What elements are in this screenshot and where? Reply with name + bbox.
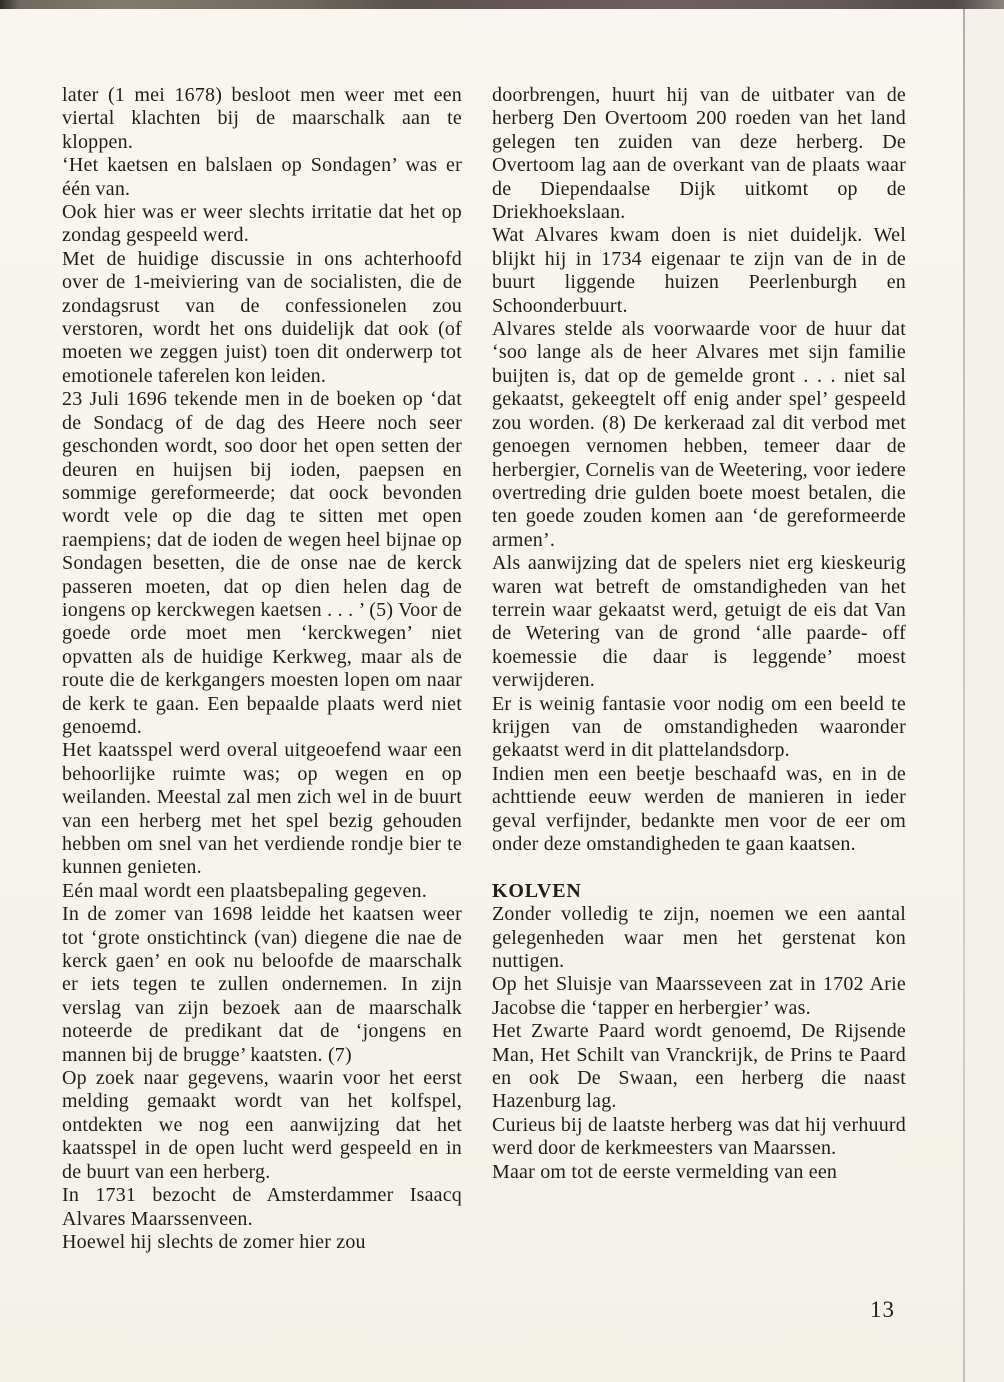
left-column: later (1 mei 1678) besloot men weer met … bbox=[62, 84, 462, 1254]
paragraph: Wat Alvares kwam doen is niet duideljk. … bbox=[492, 224, 906, 318]
page-edge-shadow-line bbox=[963, 9, 965, 1382]
paragraph: Er is weinig fantasie voor nodig om een … bbox=[492, 693, 906, 763]
paragraph: Alvares stelde als voorwaarde voor de hu… bbox=[492, 318, 906, 552]
paragraph: In 1731 bezocht de Amsterdammer Isaacq A… bbox=[62, 1184, 462, 1231]
paragraph: Eén maal wordt een plaatsbepaling gegeve… bbox=[62, 880, 462, 903]
paragraph: Op het Sluisje van Maarsseveen zat in 17… bbox=[492, 973, 906, 1020]
paragraph: Het Zwarte Paard wordt genoemd, De Rijse… bbox=[492, 1020, 906, 1114]
page-number: 13 bbox=[870, 1297, 895, 1323]
paragraph: Zonder volledig te zijn, noemen we een a… bbox=[492, 903, 906, 973]
page-right-margin-strip bbox=[965, 9, 1004, 1382]
paragraph: Met de huidige discussie in ons achterho… bbox=[62, 248, 462, 388]
paragraph: Als aanwijzing dat de spelers niet erg k… bbox=[492, 552, 906, 692]
paragraph: 23 Juli 1696 tekende men in de boeken op… bbox=[62, 388, 462, 739]
paragraph: Maar om tot de eerste vermelding van een bbox=[492, 1161, 906, 1184]
paragraph: Ook hier was er weer slechts irritatie d… bbox=[62, 201, 462, 248]
paragraph: ‘Het kaetsen en balslaen op Sondagen’ wa… bbox=[62, 154, 462, 201]
paragraph: Hoewel hij slechts de zomer hier zou bbox=[62, 1231, 462, 1254]
paragraph: doorbrengen, huurt hij van de uitbater v… bbox=[492, 84, 906, 224]
right-column: doorbrengen, huurt hij van de uitbater v… bbox=[492, 84, 906, 1254]
paragraph: later (1 mei 1678) besloot men weer met … bbox=[62, 84, 462, 154]
scan-top-edge-bar bbox=[0, 0, 1004, 9]
paragraph: Curieus bij de laatste herberg was dat h… bbox=[492, 1114, 906, 1161]
paragraph: In de zomer van 1698 leidde het kaatsen … bbox=[62, 903, 462, 1067]
two-column-text-block: later (1 mei 1678) besloot men weer met … bbox=[62, 84, 906, 1254]
section-heading: KOLVEN bbox=[492, 880, 906, 903]
paragraph: Op zoek naar gegevens, waarin voor het e… bbox=[62, 1067, 462, 1184]
paragraph: Het kaatsspel werd overal uitgeoefend wa… bbox=[62, 739, 462, 879]
paragraph: Indien men een beetje beschaafd was, en … bbox=[492, 763, 906, 857]
